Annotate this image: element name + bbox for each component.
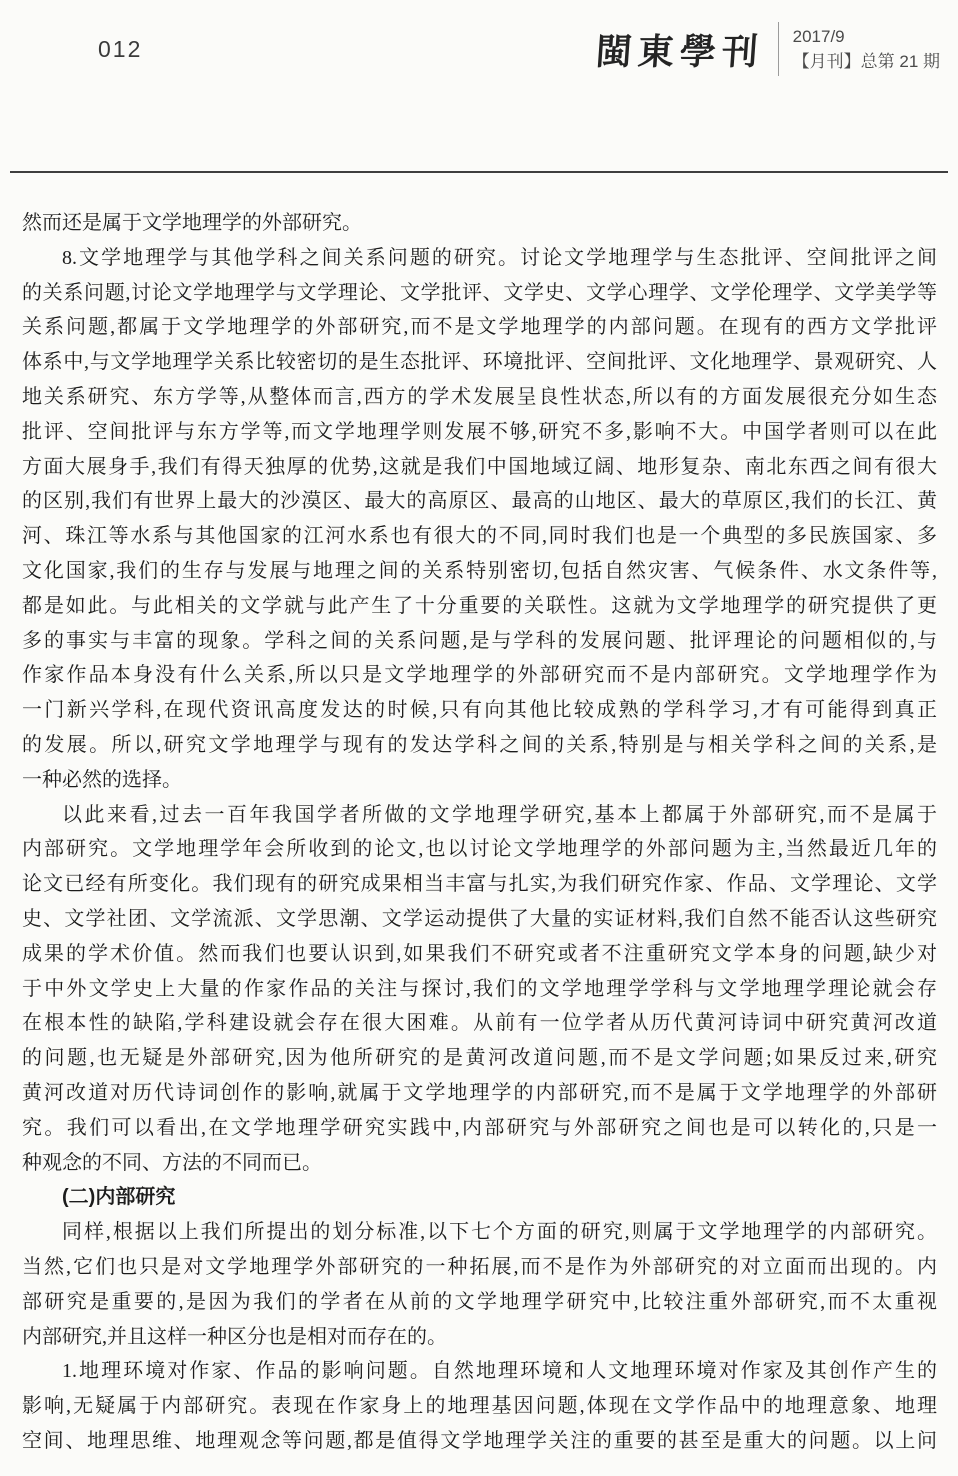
- text-line: 内部研究。文学地理学年会所收到的论文,也以讨论文学地理学的外部问题为主,当然最近…: [22, 832, 937, 867]
- text-line: 当然,它们也只是对文学地理学外部研究的一种拓展,而不是作为外部研究的对立面而出现…: [22, 1250, 937, 1285]
- text-line: 方面大展身手,我们有得天独厚的优势,这就是我们中国地域辽阔、地形复杂、南北东西之…: [22, 450, 937, 485]
- issue-info: 2017/9 【月刊】总第 21 期: [793, 24, 940, 74]
- text-line: 批评、空间批评与东方学等,而文学地理学则发展不够,研究不多,影响不大。中国学者则…: [22, 415, 937, 450]
- text-line: 一门新兴学科,在现代资讯高度发达的时候,只有向其他比较成熟的学科学习,才有可能得…: [22, 693, 937, 728]
- text-line: 史、文学社团、文学流派、文学思潮、文学运动提供了大量的实证材料,我们自然不能否认…: [22, 902, 937, 937]
- header-rule: [10, 171, 948, 173]
- text-line: 作家作品本身没有什么关系,所以只是文学地理学的外部研究而不是内部研究。文学地理学…: [22, 658, 937, 693]
- page-number: 012: [98, 36, 142, 63]
- text-line: 在根本性的缺陷,学科建设就会存在很大困难。从前有一位学者从历代黄河诗词中研究黄河…: [22, 1006, 937, 1041]
- text-line: 的发展。所以,研究文学地理学与现有的发达学科之间的关系,特别是与相关学科之间的关…: [22, 728, 937, 763]
- text-line: 多的事实与丰富的现象。学科之间的关系问题,是与学科的发展问题、批评理论的问题相似…: [22, 624, 937, 659]
- text-line: 于中外文学史上大量的作家作品的关注与探讨,我们的文学地理学学科与文学地理学理论就…: [22, 972, 937, 1007]
- text-line: 空间、地理思维、地理观念等问题,都是值得文学地理学关注的重要的甚至是重大的问题。…: [22, 1424, 937, 1459]
- text-line: 成果的学术价值。然而我们也要认识到,如果我们不研究或者不注重研究文学本身的问题,…: [22, 937, 937, 972]
- text-line: 河、珠江等水系与其他国家的江河水系也有很大的不同,同时我们也是一个典型的多民族国…: [22, 519, 937, 554]
- text-line: 内部研究,并且这样一种区分也是相对而存在的。: [22, 1320, 937, 1355]
- text-line: 的问题,也无疑是外部研究,因为他所研究的是黄河改道问题,而不是文学问题;如果反过…: [22, 1041, 937, 1076]
- issue-date: 2017/9: [793, 24, 940, 49]
- journal-logo: 閩東學刊: [594, 24, 780, 75]
- masthead: 閩東學刊 2017/9 【月刊】总第 21 期: [596, 22, 940, 76]
- text-line: 关系问题,都属于文学地理学的外部研究,而不是文学地理学的内部问题。在现有的西方文…: [22, 310, 937, 345]
- text-line: 的区别,我们有世界上最大的沙漠区、最大的高原区、最高的山地区、最大的草原区,我们…: [22, 484, 937, 519]
- journal-page: 012 閩東學刊 2017/9 【月刊】总第 21 期 然而还是属于文学地理学的…: [0, 0, 958, 1476]
- section-heading: (二)内部研究: [22, 1180, 937, 1215]
- text-line: 文化国家,我们的生存与发展与地理之间的关系特别密切,包括自然灾害、气候条件、水文…: [22, 554, 937, 589]
- article-body: 然而还是属于文学地理学的外部研究。8.文学地理学与其他学科之间关系问题的研究。讨…: [22, 206, 937, 1459]
- text-line: 然而还是属于文学地理学的外部研究。: [22, 206, 937, 241]
- text-line: 黄河改道对历代诗词创作的影响,就属于文学地理学的内部研究,而不是属于文学地理学的…: [22, 1076, 937, 1111]
- text-line: 一种必然的选择。: [22, 763, 937, 798]
- text-line: 的关系问题,讨论文学地理学与文学理论、文学批评、文学史、文学心理学、文学伦理学、…: [22, 276, 937, 311]
- text-line: 同样,根据以上我们所提出的划分标准,以下七个方面的研究,则属于文学地理学的内部研…: [22, 1215, 937, 1250]
- issue-number: 【月刊】总第 21 期: [793, 49, 940, 74]
- text-line: 种观念的不同、方法的不同而已。: [22, 1146, 937, 1181]
- text-line: 1.地理环境对作家、作品的影响问题。自然地理环境和人文地理环境对作家及其创作产生…: [22, 1354, 937, 1389]
- text-line: 体系中,与文学地理学关系比较密切的是生态批评、环境批评、空间批评、文化地理学、景…: [22, 345, 937, 380]
- text-line: 部研究是重要的,是因为我们的学者在从前的文学地理学研究中,比较注重外部研究,而不…: [22, 1285, 937, 1320]
- text-line: 以此来看,过去一百年我国学者所做的文学地理学研究,基本上都属于外部研究,而不是属…: [22, 798, 937, 833]
- text-line: 都是如此。与此相关的文学就与此产生了十分重要的关联性。这就为文学地理学的研究提供…: [22, 589, 937, 624]
- text-line: 论文已经有所变化。我们现有的研究成果相当丰富与扎实,为我们研究作家、作品、文学理…: [22, 867, 937, 902]
- text-line: 8.文学地理学与其他学科之间关系问题的研究。讨论文学地理学与生态批评、空间批评之…: [22, 241, 937, 276]
- text-line: 地关系研究、东方学等,从整体而言,西方的学术发展呈良性状态,所以有的方面发展很充…: [22, 380, 937, 415]
- text-line: 究。我们可以看出,在文学地理学研究实践中,内部研究与外部研究之间也是可以转化的,…: [22, 1111, 937, 1146]
- text-line: 影响,无疑属于内部研究。表现在作家身上的地理基因问题,体现在文学作品中的地理意象…: [22, 1389, 937, 1424]
